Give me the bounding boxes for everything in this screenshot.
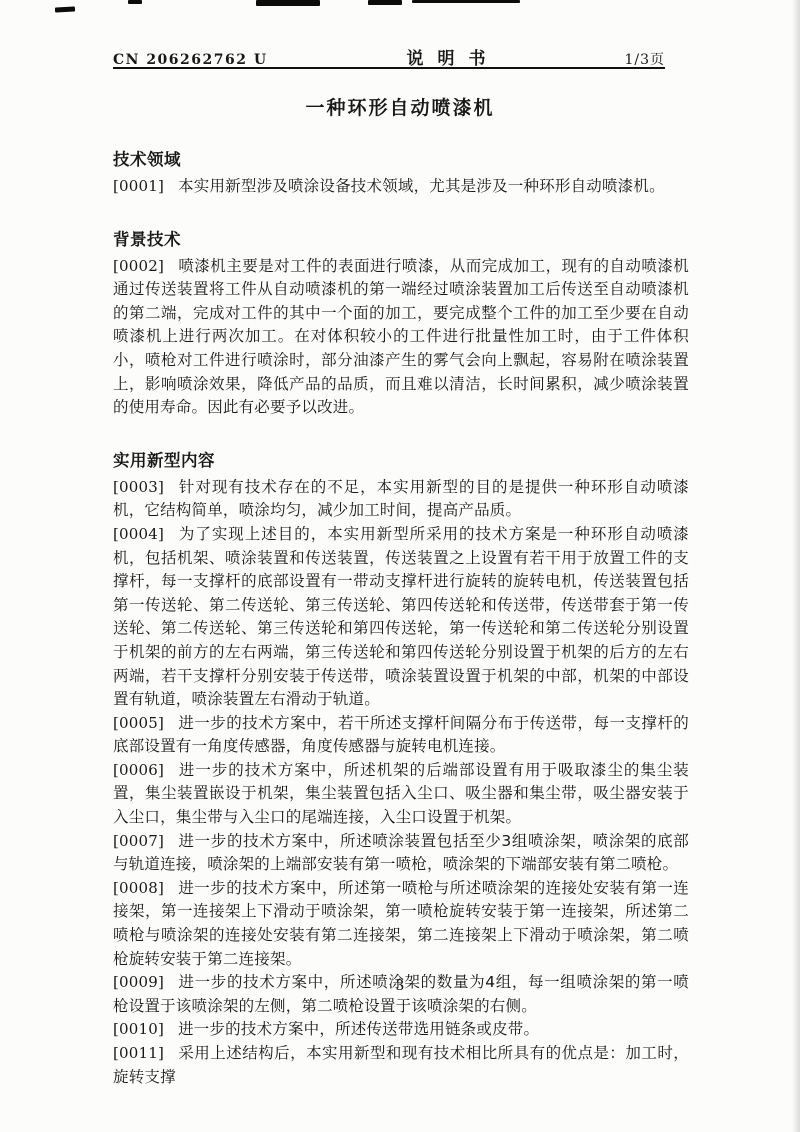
patent-specification-page: CN 206262762 U 说明书 1/3页 一种环形自动喷漆机 技术领域[0… <box>0 0 800 1132</box>
paragraph-text: 进一步的技术方案中，所述传送带选用链条或皮带。 <box>178 1020 539 1038</box>
scan-artifact <box>368 0 402 5</box>
paragraph-0003: [0003]针对现有技术存在的不足，本实用新型的目的是提供一种环形自动喷漆机，它… <box>113 476 689 523</box>
paragraph-0001: [0001]本实用新型涉及喷涂设备技术领域，尤其是涉及一种环形自动喷漆机。 <box>113 175 689 199</box>
paragraph-text: 为了实现上述目的，本实用新型所采用的技术方案是一种环形自动喷漆机，包括机架、喷涂… <box>113 525 689 708</box>
document-number: CN 206262762 U <box>113 52 268 68</box>
header-rule <box>113 67 665 69</box>
paragraph-0005: [0005]进一步的技术方案中，若干所述支撑杆间隔分布于传送带，每一支撑杆的底部… <box>113 712 689 759</box>
paragraph-0008: [0008]进一步的技术方案中，所述第一喷枪与所述喷涂架的连接处安装有第一连接架… <box>113 877 689 971</box>
paragraph-0010: [0010]进一步的技术方案中，所述传送带选用链条或皮带。 <box>113 1018 689 1042</box>
scan-artifact <box>55 6 75 12</box>
paragraph-number: [0002] <box>113 257 164 275</box>
paragraph-text: 进一步的技术方案中，所述第一喷枪与所述喷涂架的连接处安装有第一连接架，第一连接架… <box>113 879 689 968</box>
paragraph-text: 进一步的技术方案中，若干所述支撑杆间隔分布于传送带，每一支撑杆的底部设置有一角度… <box>113 714 689 756</box>
paragraph-number: [0006] <box>113 761 164 779</box>
paragraph-number: [0010] <box>113 1020 164 1038</box>
scan-artifact <box>256 0 320 6</box>
paragraph-text: 本实用新型涉及喷涂设备技术领域，尤其是涉及一种环形自动喷漆机。 <box>178 177 665 195</box>
paragraph-0007: [0007]进一步的技术方案中，所述喷涂装置包括至少3组喷涂架，喷涂架的底部与轨… <box>113 830 689 877</box>
document-type-label: 说明书 <box>407 44 500 69</box>
paragraph-number: [0003] <box>113 478 164 496</box>
paragraph-text: 采用上述结构后，本实用新型和现有技术相比所具有的优点是：加工时，旋转支撑 <box>113 1044 689 1086</box>
scan-artifact <box>128 0 142 4</box>
paragraph-number: [0005] <box>113 714 164 732</box>
paragraph-0006: [0006]进一步的技术方案中，所述机架的后端部设置有用于吸取漆尘的集尘装置，集… <box>113 759 689 830</box>
paragraph-number: [0004] <box>113 525 164 543</box>
paragraph-0004: [0004]为了实现上述目的，本实用新型所采用的技术方案是一种环形自动喷漆机，包… <box>113 523 689 712</box>
paragraph-number: [0001] <box>113 177 164 195</box>
footer-page-number: 3 <box>0 978 800 994</box>
scan-artifact <box>412 0 520 3</box>
document-body: 技术领域[0001]本实用新型涉及喷涂设备技术领域，尤其是涉及一种环形自动喷漆机… <box>113 130 689 1089</box>
paragraph-text: 喷漆机主要是对工件的表面进行喷漆，从而完成加工，现有的自动喷漆机通过传送装置将工… <box>113 257 689 417</box>
section-heading: 技术领域 <box>113 146 689 170</box>
patent-title: 一种环形自动喷漆机 <box>0 93 800 120</box>
paragraph-number: [0008] <box>113 879 164 897</box>
paragraph-number: [0011] <box>113 1044 164 1062</box>
paragraph-0002: [0002]喷漆机主要是对工件的表面进行喷漆，从而完成加工，现有的自动喷漆机通过… <box>113 255 689 420</box>
paragraph-number: [0007] <box>113 832 164 850</box>
paragraph-text: 针对现有技术存在的不足，本实用新型的目的是提供一种环形自动喷漆机，它结构简单，喷… <box>113 478 689 520</box>
page-header: CN 206262762 U 说明书 1/3页 <box>113 44 665 69</box>
section-heading: 背景技术 <box>113 226 689 250</box>
paragraph-text: 进一步的技术方案中，所述机架的后端部设置有用于吸取漆尘的集尘装置，集尘装置嵌设于… <box>113 761 689 826</box>
section-heading: 实用新型内容 <box>113 447 689 471</box>
scan-edge-shade <box>792 0 800 1132</box>
paragraph-0011: [0011]采用上述结构后，本实用新型和现有技术相比所具有的优点是：加工时，旋转… <box>113 1042 689 1089</box>
page-indicator: 1/3页 <box>624 49 665 69</box>
paragraph-text: 进一步的技术方案中，所述喷涂装置包括至少3组喷涂架，喷涂架的底部与轨道连接，喷涂… <box>113 832 689 874</box>
